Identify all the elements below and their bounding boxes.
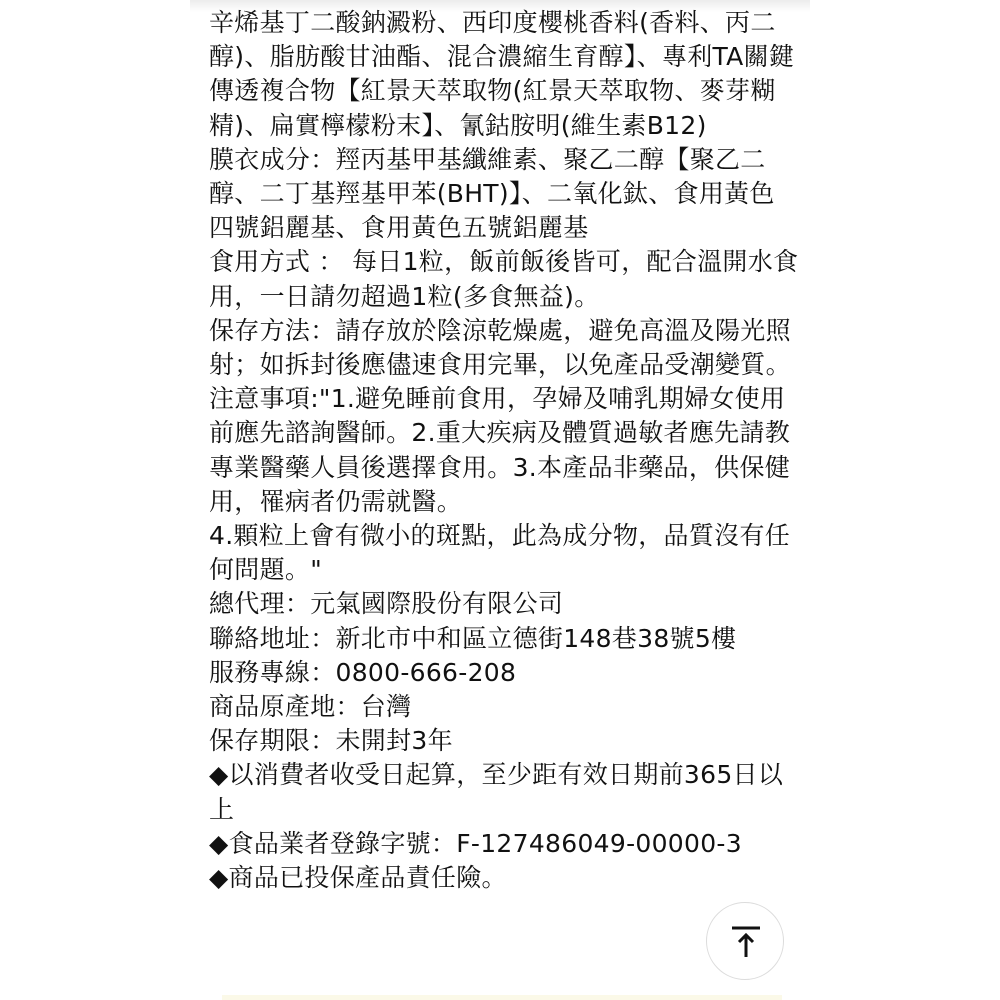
shelf-life: 保存期限：未開封3年: [209, 724, 799, 758]
liability-insurance: ◆商品已投保產品責任險。: [209, 861, 799, 895]
back-to-top-button[interactable]: [706, 902, 784, 980]
storage-method: 保存方法：請存放於陰涼乾燥處，避免高溫及陽光照射；如拆封後應儘速食用完畢，以免產…: [209, 314, 799, 382]
usage-instructions: 食用方式 ： 每日1粒，飯前飯後皆可，配合溫開水食用，一日請勿超過1粒(多食無益…: [209, 245, 799, 313]
product-description: 辛烯基丁二酸鈉澱粉、西印度櫻桃香料(香料、丙二醇)、脂肪酸甘油酯、混合濃縮生育醇…: [209, 6, 799, 895]
general-agent: 總代理：元氣國際股份有限公司: [209, 587, 799, 621]
precautions-note-4: 4.顆粒上會有微小的斑點，此為成分物，品質沒有任何問題。": [209, 519, 799, 587]
ingredients-continued: 辛烯基丁二酸鈉澱粉、西印度櫻桃香料(香料、丙二醇)、脂肪酸甘油酯、混合濃縮生育醇…: [209, 6, 799, 143]
country-of-origin: 商品原產地：台灣: [209, 690, 799, 724]
service-hotline: 服務專線：0800-666-208: [209, 656, 799, 690]
bottom-section-edge: [222, 995, 782, 1000]
precautions: 注意事項:"1.避免睡前食用，孕婦及哺乳期婦女使用前應先諮詢醫師。2.重大疾病及…: [209, 382, 799, 519]
coating-ingredients: 膜衣成分：羥丙基甲基纖維素、聚乙二醇【聚乙二醇、二丁基羥基甲苯(BHT)】、二氧…: [209, 143, 799, 246]
expiry-guarantee: ◆以消費者收受日起算，至少距有效日期前365日以上: [209, 758, 799, 826]
product-detail-page: 辛烯基丁二酸鈉澱粉、西印度櫻桃香料(香料、丙二醇)、脂肪酸甘油酯、混合濃縮生育醇…: [0, 0, 1000, 1000]
food-business-registration: ◆食品業者登錄字號：F-127486049-00000-3: [209, 827, 799, 861]
contact-address: 聯絡地址：新北市中和區立德街148巷38號5樓: [209, 622, 799, 656]
arrow-up-to-line-icon: [731, 925, 761, 959]
